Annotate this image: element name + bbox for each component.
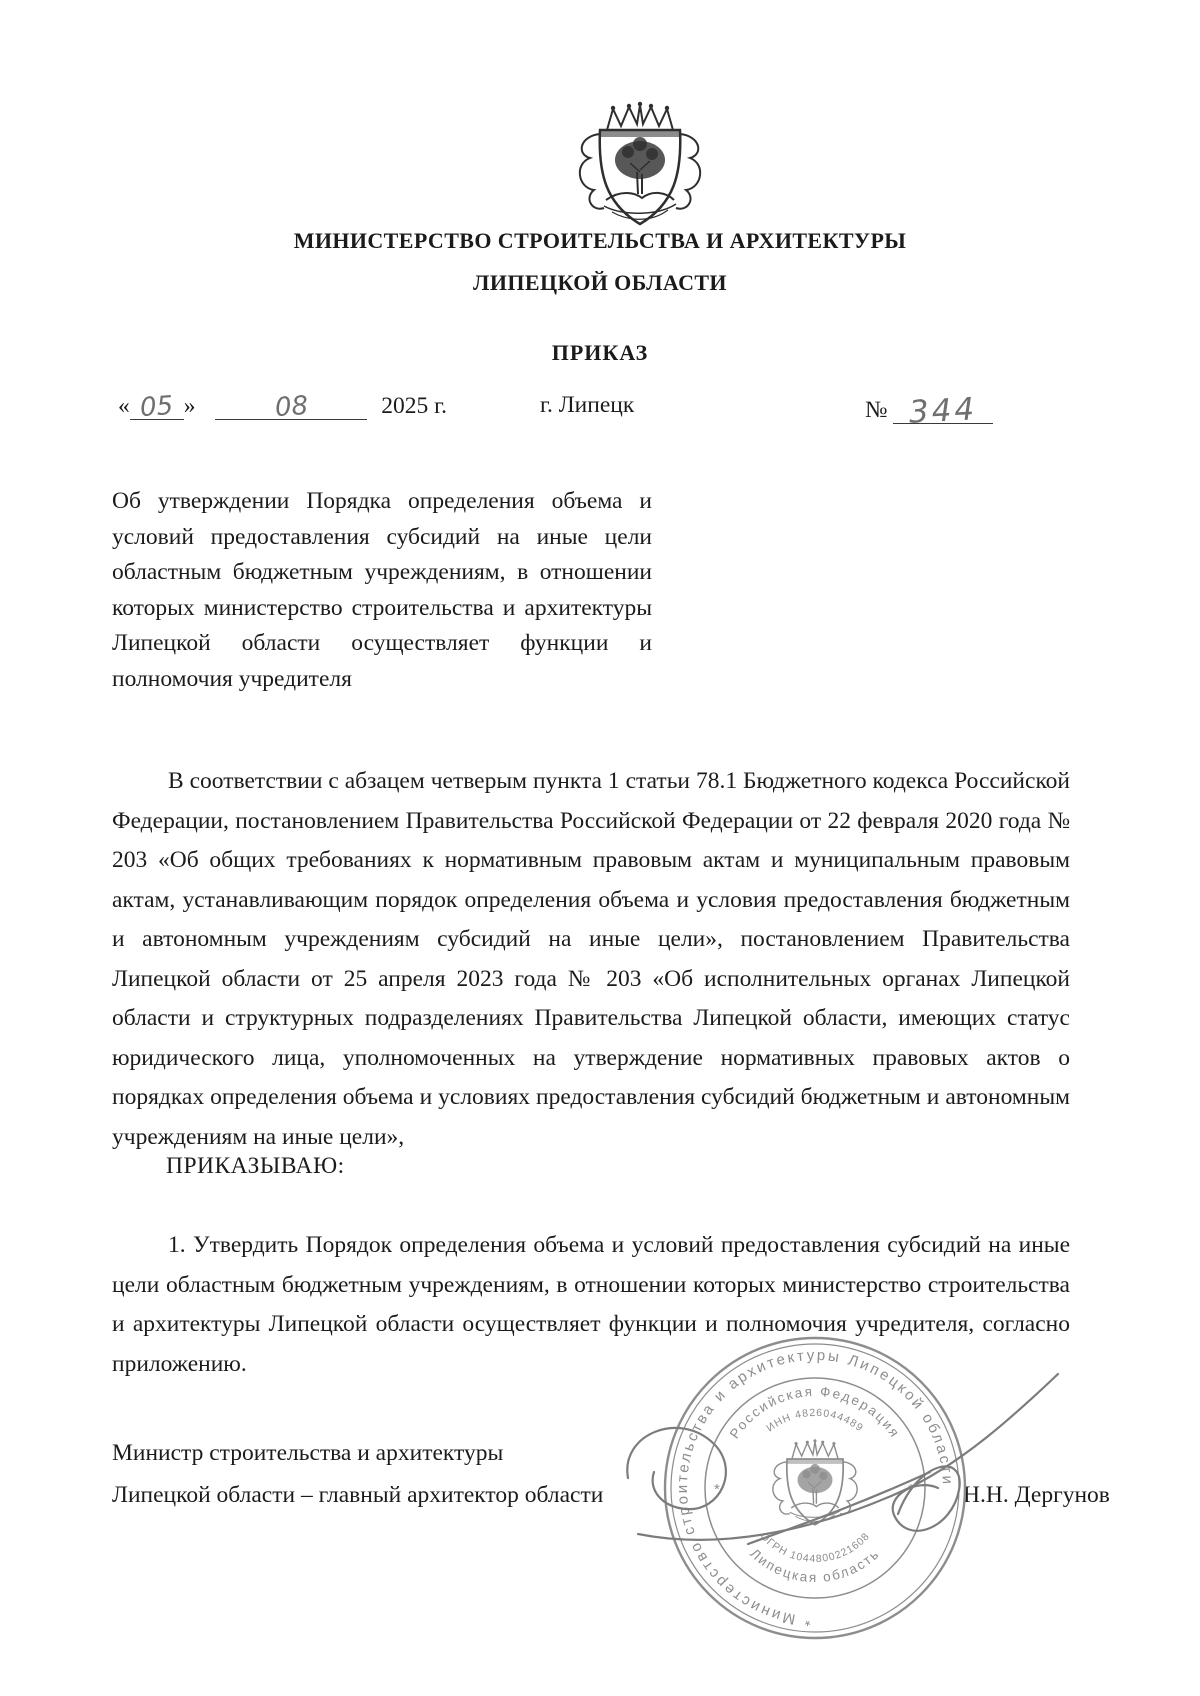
number-underline: 344 [893, 392, 993, 424]
number-block: № 344 [865, 392, 993, 424]
signatory-title-line2: Липецкой области – главный архитектор об… [112, 1474, 772, 1516]
ministry-name-line1: МИНИСТЕРСТВО СТРОИТЕЛЬСТВА И АРХИТЕКТУРЫ [0, 228, 1200, 254]
stamp-star-right: * [908, 1481, 914, 1498]
signatory-name: Н.Н. Дергунов [963, 1474, 1110, 1516]
month-underline: 08 [215, 392, 367, 420]
handwritten-month: 08 [274, 393, 309, 421]
number-sign: № [865, 397, 887, 423]
handwritten-number: 344 [908, 394, 978, 429]
document-type-title: ПРИКАЗ [0, 340, 1200, 366]
handwritten-day: 05 [139, 393, 174, 421]
order-item-1: 1. Утвердить Порядок определения объема … [112, 1226, 1070, 1384]
stamp-inn-text: ИНН 4826044489 [764, 1407, 865, 1435]
city-label: г. Липецк [540, 392, 634, 419]
order-subject: Об утверждении Порядка определения объем… [112, 484, 652, 697]
coat-of-arms-icon [550, 100, 730, 232]
order-word: ПРИКАЗЫВАЮ: [166, 1153, 345, 1180]
day-underline: 05 [130, 392, 184, 420]
stamp-coat-of-arms-icon [773, 1439, 857, 1525]
signatory-title-line1: Министр строительства и архитектуры [112, 1432, 772, 1474]
stamp-region-text: Липецкая область [747, 1546, 882, 1585]
stamp-ogrn-text: ОГРН 1044800221608 [758, 1530, 873, 1565]
preamble-paragraph: В соответствии с абзацем четверым пункта… [112, 762, 1070, 1157]
close-quote: » [184, 393, 196, 419]
ministry-name-line2: ЛИПЕЦКОЙ ОБЛАСТИ [0, 270, 1200, 296]
signatory-title: Министр строительства и архитектуры Липе… [112, 1432, 772, 1516]
date-block: «05» 08 2025 г. [118, 392, 447, 420]
open-quote: « [118, 393, 130, 419]
year-label: 2025 г. [381, 393, 447, 419]
scanned-order-page: МИНИСТЕРСТВО СТРОИТЕЛЬСТВА И АРХИТЕКТУРЫ… [0, 0, 1200, 1696]
